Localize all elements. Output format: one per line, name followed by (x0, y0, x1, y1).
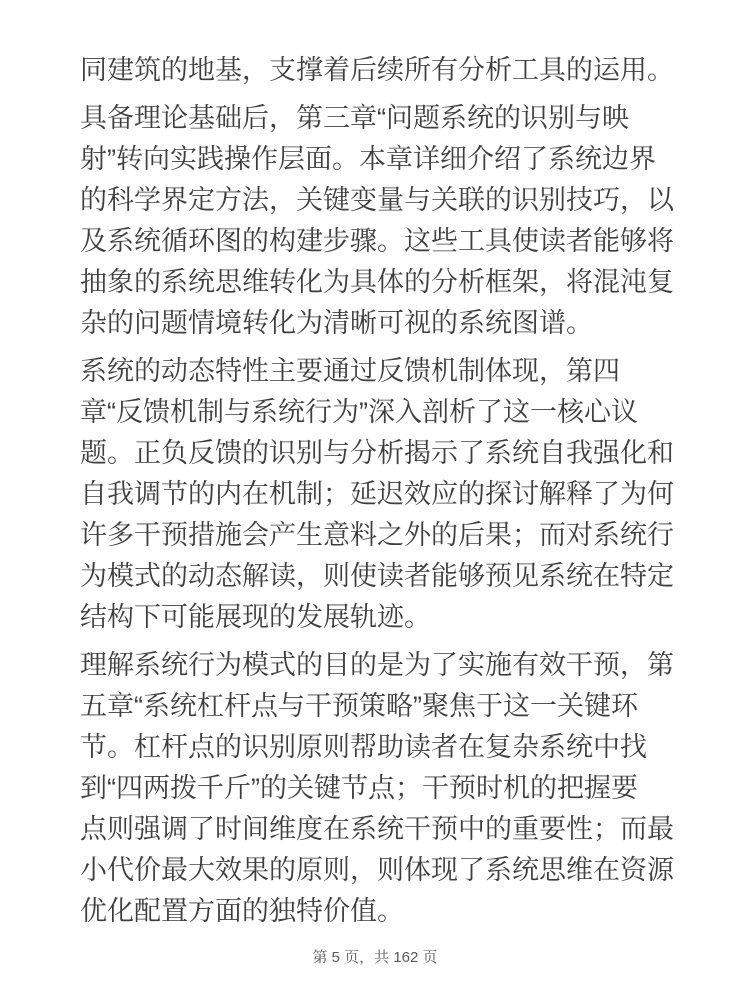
paragraph: 系统的动态特性主要通过反馈机制体现，第四章“反馈机制与系统行为”深入剖析了这一核… (80, 351, 700, 638)
document-page: 同建筑的地基，支撑着后续所有分析工具的运用。具备理论基础后，第三章“问题系统的识… (0, 0, 750, 1000)
text-line: 许多干预措施会产生意料之外的后果；而对系统行 (80, 515, 700, 556)
text-line: 同建筑的地基，支撑着后续所有分析工具的运用。 (80, 50, 700, 91)
page-number-text: 第 5 页，共 162 页 (312, 949, 437, 966)
text-line: 及系统循环图的构建步骤。这些工具使读者能够将 (80, 221, 700, 262)
text-line: 章“反馈机制与系统行为”深入剖析了这一核心议 (80, 392, 700, 433)
text-line: 抽象的系统思维转化为具体的分析框架，将混沌复 (80, 262, 700, 303)
paragraph: 同建筑的地基，支撑着后续所有分析工具的运用。 (80, 50, 700, 91)
document-body: 同建筑的地基，支撑着后续所有分析工具的运用。具备理论基础后，第三章“问题系统的识… (80, 50, 700, 939)
text-line: 具备理论基础后，第三章“问题系统的识别与映 (80, 98, 700, 139)
text-line: 节。杠杆点的识别原则帮助读者在复杂系统中找 (80, 727, 700, 768)
text-line: 结构下可能展现的发展轨迹。 (80, 597, 700, 638)
text-line: 点则强调了时间维度在系统干预中的重要性；而最 (80, 809, 700, 850)
text-line: 题。正负反馈的识别与分析揭示了系统自我强化和 (80, 433, 700, 474)
text-line: 小代价最大效果的原则，则体现了系统思维在资源 (80, 850, 700, 891)
text-line: 为模式的动态解读，则使读者能够预见系统在特定 (80, 556, 700, 597)
page-footer: 第 5 页，共 162 页 (0, 948, 750, 968)
text-line: 的科学界定方法，关键变量与关联的识别技巧，以 (80, 180, 700, 221)
text-line: 系统的动态特性主要通过反馈机制体现，第四 (80, 351, 700, 392)
text-line: 杂的问题情境转化为清晰可视的系统图谱。 (80, 303, 700, 344)
text-line: 射”转向实践操作层面。本章详细介绍了系统边界 (80, 139, 700, 180)
paragraph: 具备理论基础后，第三章“问题系统的识别与映射”转向实践操作层面。本章详细介绍了系… (80, 98, 700, 344)
text-line: 五章“系统杠杆点与干预策略”聚焦于这一关键环 (80, 686, 700, 727)
text-line: 优化配置方面的独特价值。 (80, 891, 700, 932)
paragraph: 理解系统行为模式的目的是为了实施有效干预，第五章“系统杠杆点与干预策略”聚焦于这… (80, 645, 700, 932)
text-line: 理解系统行为模式的目的是为了实施有效干预，第 (80, 645, 700, 686)
text-line: 自我调节的内在机制；延迟效应的探讨解释了为何 (80, 474, 700, 515)
text-line: 到“四两拨千斤”的关键节点；干预时机的把握要 (80, 768, 700, 809)
